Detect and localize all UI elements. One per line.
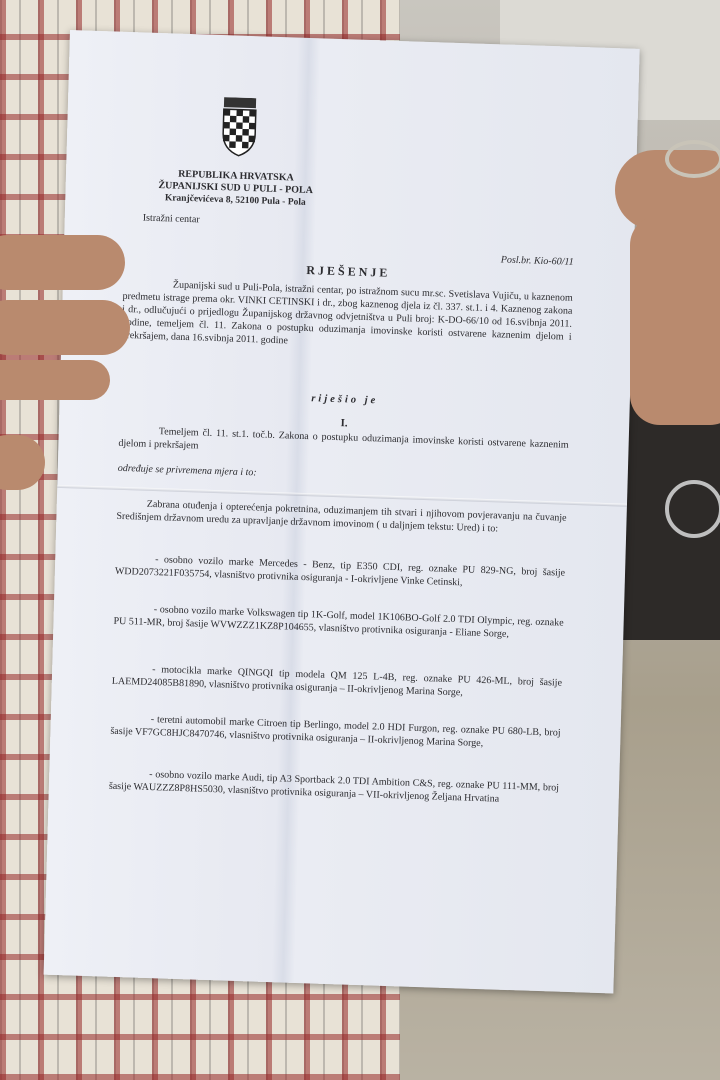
left-hand-finger: [0, 235, 125, 290]
order-line: određuje se privremena mjera i to:: [118, 462, 568, 490]
case-reference: Posl.br. Kio-60/11: [501, 254, 574, 267]
right-hand: [630, 215, 720, 425]
vehicle-item: - osobno vozilo marke Audi, tip A3 Sport…: [109, 767, 559, 808]
vehicle-item: - teretni automobil marke Citroen tip Be…: [110, 712, 560, 753]
coat-of-arms-icon: [219, 97, 261, 158]
keychain-icon: [665, 480, 720, 538]
office-name: Istražni centar: [143, 213, 200, 226]
ring-icon: [665, 140, 720, 178]
intro-paragraph: Županijski sud u Puli-Pola, istražni cen…: [121, 277, 573, 357]
court-document: REPUBLIKA HRVATSKA ŽUPANIJSKI SUD U PULI…: [44, 30, 640, 994]
left-hand-finger: [0, 360, 110, 400]
vehicle-item: - osobno vozilo marke Volkswagen tip 1K-…: [113, 602, 563, 643]
ban-paragraph: Zabrana otuđenja i opterećenja pokretnin…: [116, 497, 566, 538]
vehicle-item: - motocikla marke QINGQI tip modela QM 1…: [112, 662, 562, 703]
court-header: REPUBLIKA HRVATSKA ŽUPANIJSKI SUD U PULI…: [135, 167, 336, 210]
vehicle-item: - osobno vozilo marke Mercedes - Benz, t…: [115, 552, 565, 593]
left-hand-finger: [0, 300, 130, 355]
